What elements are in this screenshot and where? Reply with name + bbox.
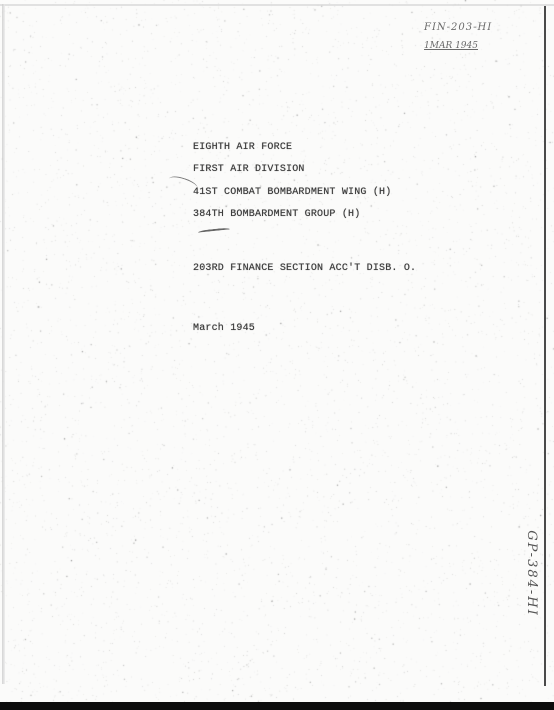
header-line-wing: 41ST COMBAT BOMBARDMENT WING (H) xyxy=(193,187,391,198)
finance-section-line: 203RD FINANCE SECTION ACC'T DISB. O. xyxy=(193,263,416,274)
scanned-document-page: FIN-203-HI 1MAR 1945 GP-384-HI EIGHTH AI… xyxy=(0,0,554,710)
header-line-division: FIRST AIR DIVISION xyxy=(193,164,305,175)
page-right-edge-line xyxy=(544,6,546,686)
header-line-group: 384TH BOMBARDMENT GROUP (H) xyxy=(193,209,360,220)
page-left-edge xyxy=(2,4,5,684)
handwritten-side-annotation: GP-384-HI xyxy=(524,530,539,617)
handwritten-file-code: FIN-203-HI xyxy=(424,22,492,33)
paper-noise xyxy=(0,0,554,710)
date-line: March 1945 xyxy=(193,323,255,334)
header-line-air-force: EIGHTH AIR FORCE xyxy=(193,142,292,153)
scan-bottom-border xyxy=(0,702,554,710)
page-top-edge xyxy=(0,4,554,6)
handwritten-date: 1MAR 1945 xyxy=(424,41,478,51)
